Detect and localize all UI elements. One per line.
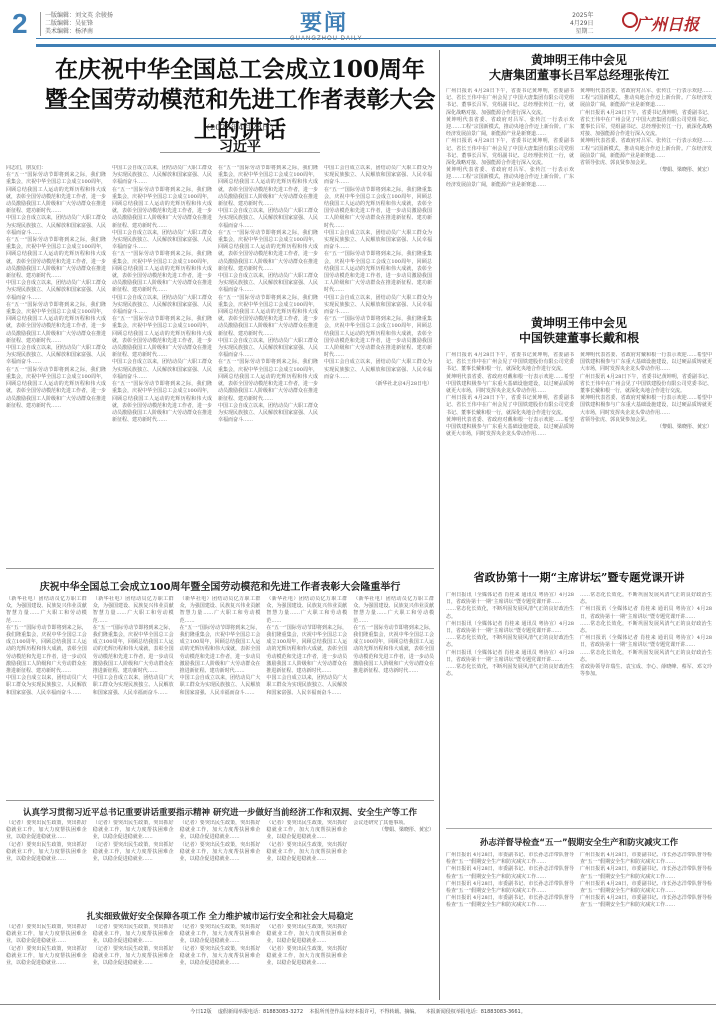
paragraph: 在“五一”国际劳动节即将到来之际，我们隆重集会，庆祝中华全国总工会成立100周年… bbox=[353, 625, 434, 675]
right-top-column-1: 广州日报讯 4月28日下午，省委书记黄坤明，省委副书记、省长王伟中在广州会见了中… bbox=[446, 88, 574, 288]
paragraph: 广州日报讯 4月28日，市委副书记、市长孙志洋带队督导检查“五一”假期安全生产和… bbox=[580, 881, 712, 895]
right-low-column-2: ……常态化长效化，不断巩固发展风清气正的良好政治生态。 广州日报讯（全媒体记者 … bbox=[580, 592, 712, 817]
lead-column-4: 中国工会自成立以来，团结动员广大职工群众为实现民族独立、人民解放和国家富强、人民… bbox=[324, 165, 432, 560]
section-rule bbox=[6, 568, 434, 569]
paragraph: 中国工会自成立以来，团结动员广大职工群众为实现民族独立、人民解放和国家富强、人民… bbox=[112, 165, 212, 187]
closing: 省政协领导许瑞生、袁宝成、李心、薛晓峰、蔡军、邓文玲等参加。 bbox=[580, 664, 712, 678]
paragraph: ……常态化长效化，不断巩固发展风清气正的良好政治生态。 bbox=[580, 621, 712, 635]
paragraph: 在“五一”国际劳动节即将到来之际，我们隆重集会，庆祝中华全国总工会成立100周年… bbox=[180, 625, 261, 675]
right-mid-headline: 黄坤明王伟中会见 中国铁建董事长戴和根 bbox=[446, 316, 712, 346]
paragraph: 中国工会自成立以来，团结动员广大职工群众为实现民族独立、人民解放和国家富强、人民… bbox=[324, 359, 432, 381]
right-bottom-column-1: 广州日报讯 4月28日，市委副书记、市长孙志洋带队督导检查“五一”假期安全生产和… bbox=[446, 852, 574, 1000]
paragraph: 广州日报讯 4月28日下午，省委书记黄坤明，省委副书记、省长王伟中在广州会见了中… bbox=[446, 138, 574, 167]
footer-item: 本报所刊登作品未经本报许可，不得转载、摘编。 bbox=[309, 1009, 419, 1015]
paragraph: 广州日报讯 4月28日，市委副书记、市长孙志洋带队督导检查“五一”假期安全生产和… bbox=[580, 852, 712, 866]
bottom-article-body: （记者）要突出民生政策，突出抓好稳就业工作，加大力度帮扶困难企业，以稳企促进稳就… bbox=[6, 924, 434, 1002]
section-rule bbox=[446, 828, 712, 829]
paragraph: 中国工会自成立以来，团结动员广大职工群众为实现民族独立、人民解放和国家富强、人民… bbox=[324, 165, 432, 187]
paragraph: （记者）要突出民生政策，突出抓好稳就业工作，加大力度帮扶困难企业，以稳企促进稳就… bbox=[6, 820, 87, 842]
dateline: （新华社北京4月28日电） bbox=[324, 381, 432, 388]
lead-column-1: 同志们，朋友们： 在“五一”国际劳动节即将到来之际，我们隆重集会，庆祝中华全国总… bbox=[6, 165, 106, 560]
paragraph: 广州日报讯 4月28日下午，省委书记黄坤明，省委副书记、省长王伟中在广州会见了中… bbox=[446, 352, 574, 374]
paragraph: （记者）要突出民生政策，突出抓好稳就业工作，加大力度帮扶困难企业，以稳企促进稳就… bbox=[6, 946, 87, 968]
paragraph: 广州日报讯 4月28日下午，省委书记黄坤明，省委副书记、省长王伟中在广州会见了中… bbox=[580, 374, 712, 396]
paragraph: 黄坤明代表省委、省政府对戴和根一行表示欢迎……希望中国铁建积极参与广东重大基础设… bbox=[446, 374, 574, 396]
right-top-headline: 黄坤明王伟中会见 大唐集团董事长吕军总经理张传江 bbox=[446, 53, 712, 83]
right-mid-column-1: 广州日报讯 4月28日下午，省委书记黄坤明，省委副书记、省长王伟中在广州会见了中… bbox=[446, 352, 574, 552]
paragraph: 中国工会自成立以来，团结动员广大职工群众为实现民族独立、人民解放和国家富强、人民… bbox=[218, 403, 318, 425]
paragraph: 黄坤明代表省委、省政府对吕军、张传江一行表示欢迎……工程“宗国新模式，推动央地合… bbox=[446, 167, 574, 189]
paragraph: （记者）要突出民生政策，突出抓好稳就业工作，加大力度帮扶困难企业，以稳企促进稳就… bbox=[93, 820, 174, 842]
right-low-headline: 省政协第十一期“主席讲坛”暨专题党课开讲 bbox=[446, 570, 712, 585]
date-year: 2025年 bbox=[570, 12, 593, 20]
paragraph: 广州日报讯 4月28日下午，省委书记黄坤明，省委副书记、省长王伟中在广州会见了中… bbox=[580, 110, 712, 139]
lead-author: 习近平 bbox=[40, 136, 440, 156]
paragraph: 广州日报讯（全媒体记者 肖桂来 通讯员 粤协宣）4月28日，省政协第十一期“主席… bbox=[580, 606, 712, 620]
paragraph: 在“五一”国际劳动节即将到来之际，我们隆重集会，庆祝中华全国总工会成立100周年… bbox=[93, 625, 174, 675]
paragraph: 广州日报讯 4月28日，市委副书记、市长孙志洋带队督导检查“五一”假期安全生产和… bbox=[446, 881, 574, 895]
paragraph: （记者）要突出民生政策，突出抓好稳就业工作，加大力度帮扶困难企业，以稳企促进稳就… bbox=[93, 842, 174, 864]
paragraph: （新华社电）团结动员亿万职工群众，为强国建设、民族复兴伟业贡献智慧力量……广大职… bbox=[180, 596, 261, 625]
paragraph: 在“五一”国际劳动节即将到来之际，我们隆重集会，庆祝中华全国总工会成立100周年… bbox=[218, 295, 318, 338]
paragraph: （记者）要突出民生政策，突出抓好稳就业工作，加大力度帮扶困难企业，以稳企促进稳就… bbox=[180, 924, 261, 946]
paragraph: 在“五一”国际劳动节即将到来之际，我们隆重集会，庆祝中华全国总工会成立100周年… bbox=[6, 367, 106, 410]
credit: （黎娟、梁晓彤、黄宏） bbox=[580, 424, 712, 431]
paragraph: （新华社电）团结动员亿万职工群众，为强国建设、民族复兴伟业贡献智慧力量……广大职… bbox=[6, 596, 87, 625]
paragraph: 中国工会自成立以来，团结动员广大职工群众为实现民族独立、人民解放和国家富强、人民… bbox=[93, 675, 174, 697]
paragraph: 中国工会自成立以来，团结动员广大职工群众为实现民族独立、人民解放和国家富强、人民… bbox=[112, 295, 212, 317]
paragraph: 中国工会自成立以来，团结动员广大职工群众为实现民族独立、人民解放和国家富强、人民… bbox=[266, 675, 347, 697]
date-weekday: 星期二 bbox=[570, 28, 593, 36]
paragraph: ……常态化长效化，不断巩固发展风清气正的良好政治生态。 bbox=[580, 650, 712, 664]
section-rule bbox=[6, 800, 434, 801]
paragraph: （记者）要突出民生政策，突出抓好稳就业工作，加大力度帮扶困难企业，以稳企促进稳就… bbox=[180, 842, 261, 864]
paragraph: 在“五一”国际劳动节即将到来之际，我们隆重集会，庆祝中华全国总工会成立100周年… bbox=[6, 625, 87, 675]
paragraph: （记者）要突出民生政策，突出抓好稳就业工作，加大力度帮扶困难企业，以稳企促进稳就… bbox=[266, 946, 347, 968]
paragraph: 中国工会自成立以来，团结动员广大职工群众为实现民族独立、人民解放和国家富强、人民… bbox=[112, 359, 212, 381]
paragraph: 在“五一”国际劳动节即将到来之际，我们隆重集会，庆祝中华全国总工会成立100周年… bbox=[112, 187, 212, 230]
editor-line: 一版编辑：刘文英 余骏扬 bbox=[45, 12, 113, 20]
paragraph: 中国工会自成立以来，团结动员广大职工群众为实现民族独立、人民解放和国家富强、人民… bbox=[324, 295, 432, 317]
paragraph: 广州日报讯 4月28日，市委副书记、市长孙志洋带队督导检查“五一”假期安全生产和… bbox=[580, 866, 712, 880]
paragraph: 在“五一”国际劳动节即将到来之际，我们隆重集会，庆祝中华全国总工会成立100周年… bbox=[218, 230, 318, 273]
paragraph: 中国工会自成立以来，团结动员广大职工群众为实现民族独立、人民解放和国家富强、人民… bbox=[180, 675, 261, 697]
paragraph: 中国工会自成立以来，团结动员广大职工群众为实现民族独立、人民解放和国家富强、人民… bbox=[218, 208, 318, 230]
date-day: 4月29日 bbox=[570, 20, 593, 28]
footer-item: 虚假新闻举报电话：81883083-3272 bbox=[218, 1009, 303, 1015]
editor-credits: 一版编辑：刘文英 余骏扬 二版编辑：吴征锋 美术编辑：杨泽南 bbox=[40, 12, 113, 36]
paragraph: 广州日报讯 4月28日，市委副书记、市长孙志洋带队督导检查“五一”假期安全生产和… bbox=[580, 895, 712, 909]
paragraph: 在“五一”国际劳动节即将到来之际，我们隆重集会，庆祝中华全国总工会成立100周年… bbox=[6, 302, 106, 345]
headline-line-2: 中国铁建董事长戴和根 bbox=[446, 331, 712, 346]
footer-rule bbox=[0, 1004, 716, 1005]
mid-article-body: （新华社电）团结动员亿万职工群众，为强国建设、民族复兴伟业贡献智慧力量……广大职… bbox=[6, 596, 434, 796]
newspaper-logo: 广州日报 bbox=[635, 12, 699, 35]
footer-item: 今日12版 bbox=[190, 1009, 211, 1015]
paragraph: （记者）要突出民生政策，突出抓好稳就业工作，加大力度帮扶困难企业，以稳企促进稳就… bbox=[93, 946, 174, 968]
paragraph: 黄坤明代表省委、省政府对戴和根一行表示欢迎……希望中国铁建积极参与广东重大基础设… bbox=[446, 417, 574, 439]
paragraph: （记者）要突出民生政策，突出抓好稳就业工作，加大力度帮扶困难企业，以稳企促进稳就… bbox=[180, 946, 261, 968]
paragraph: 中国工会自成立以来，团结动员广大职工群众为实现民族独立、人民解放和国家富强、人民… bbox=[6, 675, 87, 697]
paragraph: 在“五一”国际劳动节即将到来之际，我们隆重集会，庆祝中华全国总工会成立100周年… bbox=[324, 251, 432, 294]
header-rule bbox=[36, 38, 716, 39]
paragraph: 中国工会自成立以来，团结动员广大职工群众为实现民族独立、人民解放和国家富强、人民… bbox=[6, 345, 106, 367]
paragraph: 在“五一”国际劳动节即将到来之际，我们隆重集会，庆祝中华全国总工会成立100周年… bbox=[324, 316, 432, 359]
lead-date: （2025年4月28日） bbox=[40, 122, 440, 133]
paragraph: （记者）要突出民生政策，突出抓好稳就业工作，加大力度帮扶困难企业，以稳企促进稳就… bbox=[6, 842, 87, 864]
right-low-column-1: 广州日报讯（全媒体记者 肖桂来 通讯员 粤协宣）4月28日，省政协第十一期“主席… bbox=[446, 592, 574, 817]
paragraph: （记者）要突出民生政策，突出抓好稳就业工作，加大力度帮扶困难企业，以稳企促进稳就… bbox=[180, 820, 261, 842]
paragraph: 广州日报讯 4月28日下午，省委书记黄坤明，省委副书记、省长王伟中在广州会见了中… bbox=[446, 88, 574, 117]
paragraph: 黄坤明代表省委、省政府对戴和根一行表示欢迎……希望中国铁建积极参与广东重大基础设… bbox=[580, 352, 712, 374]
lower-article-body: （记者）要突出民生政策，突出抓好稳就业工作，加大力度帮扶困难企业，以稳企促进稳就… bbox=[6, 820, 434, 902]
paragraph: 中国工会自成立以来，团结动员广大职工群众为实现民族独立、人民解放和国家富强、人民… bbox=[218, 273, 318, 295]
editor-line: 二版编辑：吴征锋 bbox=[45, 20, 113, 28]
paragraph: 广州日报讯（全媒体记者 肖桂来 通讯员 粤协宣）4月28日，省政协第十一期“主席… bbox=[446, 621, 574, 635]
headline-line-1: 在庆祝中华全国总工会成立100周年 bbox=[40, 55, 440, 85]
paragraph: （记者）要突出民生政策，突出抓好稳就业工作，加大力度帮扶困难企业，以稳企促进稳就… bbox=[266, 842, 347, 864]
paragraph: 在“五一”国际劳动节即将到来之际，我们隆重集会，庆祝中华全国总工会成立100周年… bbox=[218, 359, 318, 402]
credit: （黎娟、梁晓彤、黄宏） bbox=[580, 167, 712, 174]
paragraph: （记者）要突出民生政策，突出抓好稳就业工作，加大力度帮扶困难企业，以稳企促进稳就… bbox=[6, 924, 87, 946]
page-number: 2 bbox=[12, 8, 28, 40]
paragraph: 黄坤明代表省委、省政府对戴和根一行表示欢迎……希望中国铁建积极参与广东重大基础设… bbox=[580, 395, 712, 417]
right-bottom-headline: 孙志洋督导检查“五一”假期安全生产和防灾减灾工作 bbox=[446, 836, 712, 848]
lead-column-2: 中国工会自成立以来，团结动员广大职工群众为实现民族独立、人民解放和国家富强、人民… bbox=[112, 165, 212, 560]
paragraph: （记者）要突出民生政策，突出抓好稳就业工作，加大力度帮扶困难企业，以稳企促进稳就… bbox=[266, 924, 347, 946]
paragraph: 在“五一”国际劳动节即将到来之际，我们隆重集会，庆祝中华全国总工会成立100周年… bbox=[218, 165, 318, 208]
paragraph: 黄坤明代表省委、省政府对吕军、张传江一行表示欢迎……工程“宗国新模式，推动央地合… bbox=[580, 88, 712, 110]
paragraph: 在“五一”国际劳动节即将到来之际，我们隆重集会，庆祝中华全国总工会成立100周年… bbox=[112, 381, 212, 424]
paragraph: （记者）要突出民生政策，突出抓好稳就业工作，加大力度帮扶困难企业，以稳企促进稳就… bbox=[266, 820, 347, 842]
paragraph: 广州日报讯 4月28日下午，省委书记黄坤明，省委副书记、省长王伟中在广州会见了中… bbox=[446, 395, 574, 417]
paragraph: ……常态化长效化，不断巩固发展风清气正的良好政治生态。 bbox=[446, 664, 574, 678]
footer: 今日12版 虚假新闻举报电话：81883083-3272 本报所刊登作品未经本报… bbox=[0, 1008, 716, 1015]
paragraph: （新华社电）团结动员亿万职工群众，为强国建设、民族复兴伟业贡献智慧力量……广大职… bbox=[353, 596, 434, 625]
author-rule bbox=[160, 152, 320, 153]
paragraph: 中国工会自成立以来，团结动员广大职工群众为实现民族独立、人民解放和国家富强、人民… bbox=[324, 230, 432, 252]
headline-line-1: 黄坤明王伟中会见 bbox=[446, 316, 712, 331]
paragraph: 广州日报讯（全媒体记者 肖桂来 通讯员 粤协宣）4月28日，省政协第十一期“主席… bbox=[580, 635, 712, 649]
footer-item: 本报新闻侵权举报电话：81883083-3661。 bbox=[426, 1009, 526, 1015]
paragraph: 中国工会自成立以来，团结动员广大职工群众为实现民族独立、人民解放和国家富强、人民… bbox=[112, 230, 212, 252]
paragraph: 在“五一”国际劳动节即将到来之际，我们隆重集会，庆祝中华全国总工会成立100周年… bbox=[112, 316, 212, 359]
headline-line-1: 黄坤明王伟中会见 bbox=[446, 53, 712, 68]
headline-line-2: 大唐集团董事长吕军总经理张传江 bbox=[446, 68, 712, 83]
header-rule-thick bbox=[36, 44, 716, 47]
lead-column-3: 在“五一”国际劳动节即将到来之际，我们隆重集会，庆祝中华全国总工会成立100周年… bbox=[218, 165, 318, 560]
paragraph: 中国工会自成立以来，团结动员广大职工群众为实现民族独立、人民解放和国家富强、人民… bbox=[6, 280, 106, 302]
section-subtitle: GUANGZHOU DAILY bbox=[290, 36, 363, 42]
editor-line: 美术编辑：杨泽南 bbox=[45, 28, 113, 36]
paragraph: 广州日报讯 4月28日，市委副书记、市长孙志洋带队督导检查“五一”假期安全生产和… bbox=[446, 866, 574, 880]
paragraph: 黄坤明代表省委、省政府对吕军、张传江一行表示欢迎……工程“宗国新模式，推动央地合… bbox=[580, 138, 712, 160]
paragraph: 中国工会自成立以来，团结动员广大职工群众为实现民族独立、人民解放和国家富强、人民… bbox=[218, 338, 318, 360]
paragraph: 广州日报讯（全媒体记者 肖桂来 通讯员 粤协宣）4月28日，省政协第十一期“主席… bbox=[446, 592, 574, 606]
paragraph: 广州日报讯 4月28日，市委副书记、市长孙志洋带队督导检查“五一”假期安全生产和… bbox=[446, 895, 574, 909]
paragraph: 广州日报讯 4月28日，市委副书记、市长孙志洋带队督导检查“五一”假期安全生产和… bbox=[446, 852, 574, 866]
right-mid-column-2: 黄坤明代表省委、省政府对戴和根一行表示欢迎……希望中国铁建积极参与广东重大基础设… bbox=[580, 352, 712, 552]
column-divider bbox=[439, 50, 440, 1000]
issue-date: 2025年 4月29日 星期二 bbox=[570, 12, 593, 36]
mid-headline: 庆祝中华全国总工会成立100周年暨全国劳动模范和先进工作者表彰大会隆重举行 bbox=[6, 578, 434, 593]
paragraph: ……常态化长效化，不断巩固发展风清气正的良好政治生态。 bbox=[446, 606, 574, 620]
credit: （黎娟、梁晓彤、黄宏） bbox=[353, 827, 434, 834]
paragraph: ……常态化长效化，不断巩固发展风清气正的良好政治生态。 bbox=[446, 635, 574, 649]
paragraph: （新华社电）团结动员亿万职工群众，为强国建设、民族复兴伟业贡献智慧力量……广大职… bbox=[93, 596, 174, 625]
bottom-headline: 扎实细致做好安全保障各项工作 全力维护城市运行安全和社会大局稳定 bbox=[6, 910, 434, 922]
section-title: 要闻 bbox=[300, 6, 348, 37]
right-bottom-column-2: 广州日报讯 4月28日，市委副书记、市长孙志洋带队督导检查“五一”假期安全生产和… bbox=[580, 852, 712, 1000]
paragraph: 在“五一”国际劳动节即将到来之际，我们隆重集会，庆祝中华全国总工会成立100周年… bbox=[266, 625, 347, 675]
right-top-column-2: 黄坤明代表省委、省政府对吕军、张传江一行表示欢迎……工程“宗国新模式，推动央地合… bbox=[580, 88, 712, 288]
paragraph: 黄坤明代表省委、省政府对吕军、张传江一行表示欢迎……工程“宗国新模式，推动央地合… bbox=[446, 117, 574, 139]
paragraph: 在“五一”国际劳动节即将到来之际，我们隆重集会，庆祝中华全国总工会成立100周年… bbox=[112, 251, 212, 294]
paragraph: 中国工会自成立以来，团结动员广大职工群众为实现民族独立、人民解放和国家富强、人民… bbox=[6, 215, 106, 237]
paragraph: （记者）要突出民生政策，突出抓好稳就业工作，加大力度帮扶困难企业，以稳企促进稳就… bbox=[93, 924, 174, 946]
paragraph: ……常态化长效化，不断巩固发展风清气正的良好政治生态。 bbox=[580, 592, 712, 606]
lower-headline: 认真学习贯彻习近平总书记重要讲话重要指示精神 研究进一步做好当前经济工作和双拥、… bbox=[6, 806, 434, 818]
paragraph: 广州日报讯（全媒体记者 肖桂来 通讯员 粤协宣）4月28日，省政协第十一期“主席… bbox=[446, 650, 574, 664]
closing: 省领导张虎、郭良贤参加会见。 bbox=[580, 417, 712, 424]
paragraph: （新华社电）团结动员亿万职工群众，为强国建设、民族复兴伟业贡献智慧力量……广大职… bbox=[266, 596, 347, 625]
paragraph: 在“五一”国际劳动节即将到来之际，我们隆重集会，庆祝中华全国总工会成立100周年… bbox=[6, 237, 106, 280]
paragraph: 在“五一”国际劳动节即将到来之际，我们隆重集会，庆祝中华全国总工会成立100周年… bbox=[6, 172, 106, 215]
paragraph: 在“五一”国际劳动节即将到来之际，我们隆重集会，庆祝中华全国总工会成立100周年… bbox=[324, 187, 432, 230]
